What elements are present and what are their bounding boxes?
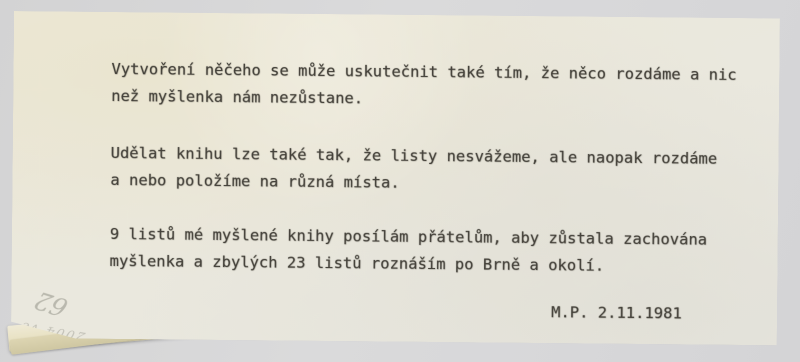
paragraph-2: Udělat knihu lze také tak, že listy nesv… [110,140,717,200]
text-line: myšlenka a zbylých 23 listů roznáším po … [109,248,706,281]
typewritten-note-paper: 62 2004 ve Vytvoření něčeho se může usku… [11,11,780,345]
photo-background: 62 2004 ve Vytvoření něčeho se může usku… [0,0,800,362]
signature-date: M.P. 2.11.1981 [551,299,682,327]
paragraph-3: 9 listů mé myšlené knihy posílám přátelů… [109,221,707,281]
pencil-inscription: 62 [30,286,72,322]
paragraph-1: Vytvoření něčeho se může uskutečnit také… [111,56,737,116]
